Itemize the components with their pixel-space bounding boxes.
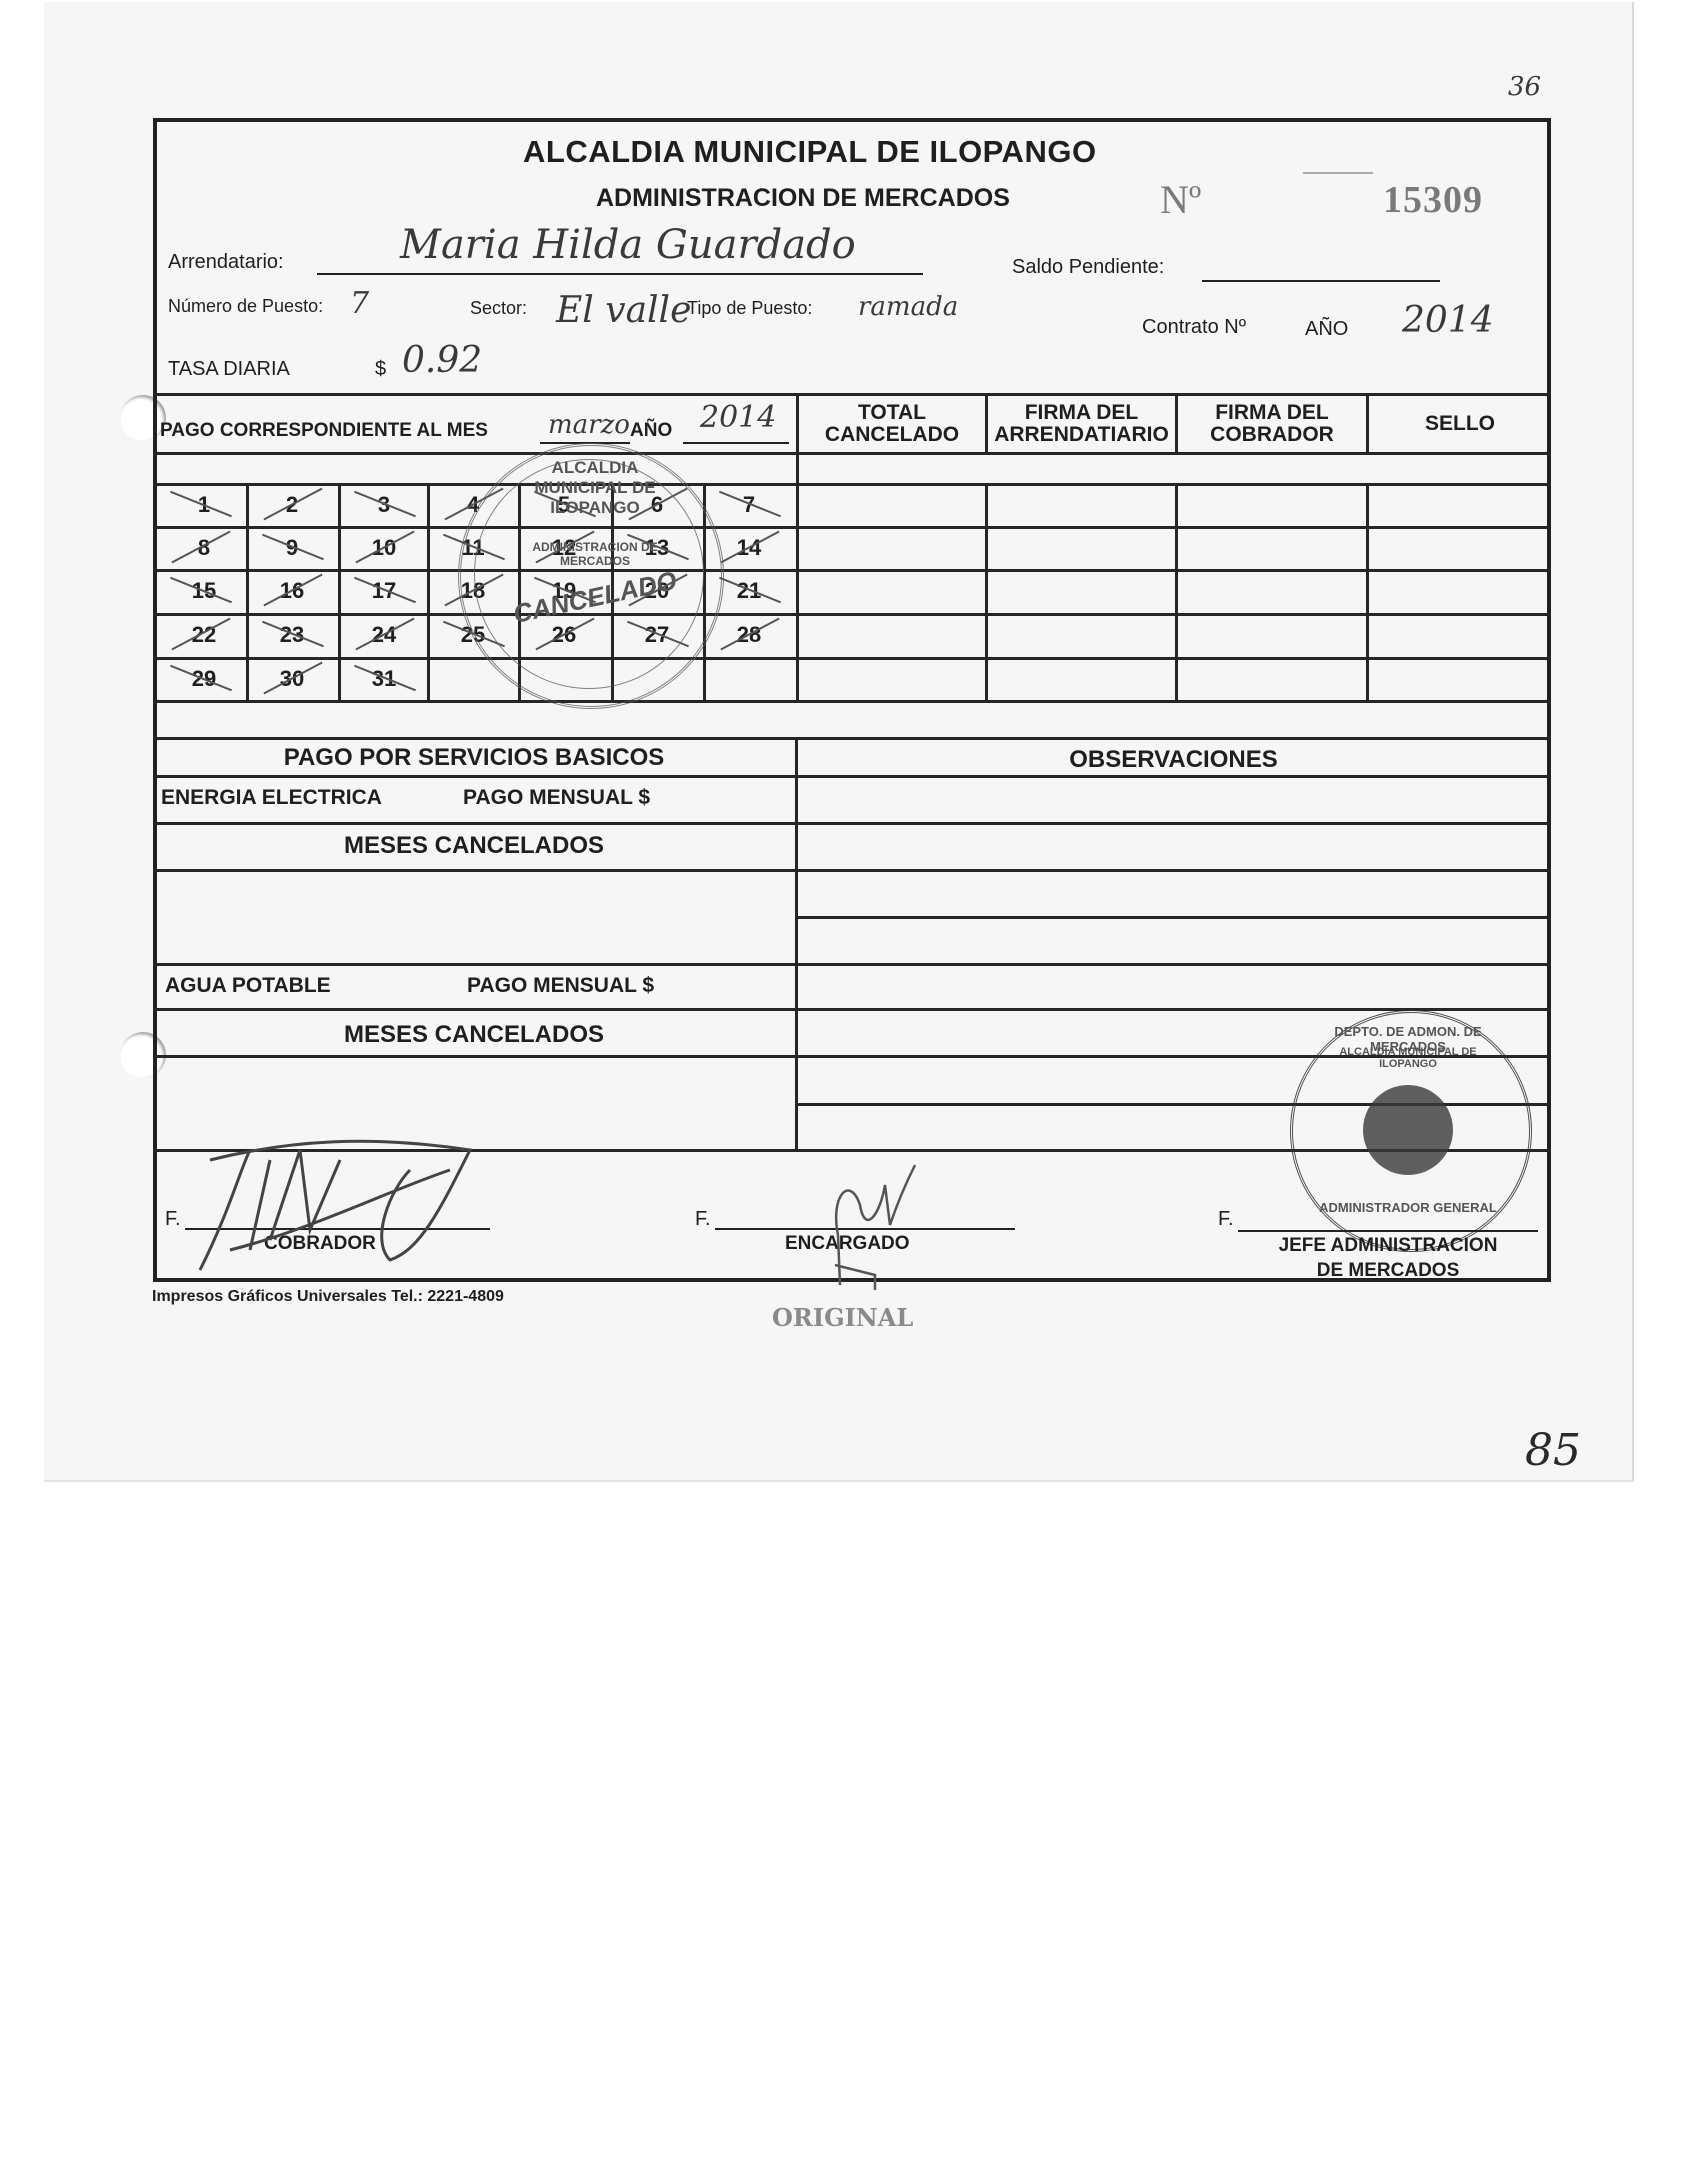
divider: [153, 613, 1551, 616]
col-firma-cobrador: FIRMA DEL COBRADOR: [1178, 402, 1366, 446]
puesto-field[interactable]: 7: [350, 286, 369, 321]
day-cell[interactable]: 8: [158, 535, 250, 561]
contrato-label: Contrato Nº: [1142, 316, 1246, 339]
cobrador-signature: [190, 1130, 490, 1280]
tipo-puesto-label: Tipo de Puesto:: [687, 298, 812, 319]
admin-stamp-bottom-text: ADMINISTRADOR GENERAL: [1305, 1200, 1511, 1215]
number-dash: [1303, 172, 1373, 174]
energia-meses-field[interactable]: [160, 872, 790, 960]
payment-anio-underline: [683, 442, 789, 444]
divider: [153, 452, 1551, 455]
receipt-number-label: Nº: [1160, 176, 1201, 223]
grid-stamp-center-text: ADMINISTRACION DE MERCADOS: [520, 540, 670, 568]
payment-anio-field[interactable]: 2014: [700, 400, 776, 435]
sector-field[interactable]: El valle: [556, 290, 691, 331]
saldo-label: Saldo Pendiente:: [1012, 256, 1164, 279]
tasa-label: TASA DIARIA: [168, 358, 290, 381]
arrendatario-label: Arrendatario:: [168, 251, 284, 274]
payment-label: PAGO CORRESPONDIENTE AL MES: [160, 420, 488, 442]
agua-pago-label: PAGO MENSUAL $: [467, 974, 654, 998]
col-sello: SELLO: [1369, 413, 1551, 435]
col-firma-cobrador-label: FIRMA DEL COBRADOR: [1210, 401, 1334, 446]
energia-pago-label: PAGO MENSUAL $: [463, 786, 650, 810]
puesto-label: Número de Puesto:: [168, 296, 323, 317]
col-total-cancelado: TOTAL CANCELADO: [799, 402, 985, 446]
divider: [153, 700, 1551, 703]
receipt-number: 15309: [1383, 178, 1483, 222]
tasa-currency: $: [375, 358, 386, 381]
divider: [153, 569, 1551, 572]
services-title: PAGO POR SERVICIOS BASICOS: [153, 744, 795, 772]
sector-label: Sector:: [470, 298, 527, 319]
form-subtitle: ADMINISTRACION DE MERCADOS: [596, 184, 1010, 213]
printer-info: Impresos Gráficos Universales Tel.: 2221…: [152, 1288, 504, 1306]
sig-prefix: F.: [165, 1208, 181, 1231]
col-sello-label: SELLO: [1425, 412, 1495, 435]
col-divider: [1175, 483, 1178, 700]
payment-anio-label: AÑO: [630, 420, 672, 442]
day-cell[interactable]: 22: [158, 622, 250, 648]
divider: [153, 393, 1551, 396]
anio-label: AÑO: [1305, 318, 1348, 341]
coat-of-arms-icon: [1363, 1085, 1453, 1175]
col-firma-arrendatario: FIRMA DEL ARRENDATIARIO: [988, 402, 1175, 446]
sig-prefix: F.: [695, 1208, 711, 1231]
sig-prefix: F.: [1218, 1208, 1234, 1231]
observaciones-title: OBSERVACIONES: [796, 746, 1551, 774]
col-divider: [1366, 483, 1369, 700]
divider: [153, 483, 1551, 486]
divider: [153, 737, 1551, 740]
encargado-signature: [790, 1155, 930, 1295]
admin-stamp-inner-text: ALCALDIA MUNICIPAL DE ILOPANGO: [1310, 1046, 1506, 1070]
copy-label: ORIGINAL: [772, 1303, 913, 1332]
section-divider: [795, 737, 798, 1149]
col-total-cancelado-label: TOTAL CANCELADO: [825, 401, 959, 446]
page-mark-top: 36: [1508, 72, 1541, 102]
jefe-label-line1: JEFE ADMINISTRACION: [1238, 1235, 1538, 1257]
col-divider: [985, 483, 988, 700]
saldo-field[interactable]: [1202, 280, 1440, 282]
tasa-field[interactable]: 0.92: [402, 340, 482, 381]
arrendatario-underline: [317, 273, 923, 275]
page-mark-bottom: 85: [1525, 1425, 1581, 1476]
energia-meses-label: MESES CANCELADOS: [153, 832, 795, 860]
arrendatario-field[interactable]: Maria Hilda Guardado: [400, 222, 856, 268]
jefe-signature-line[interactable]: [1238, 1230, 1538, 1232]
divider: [153, 657, 1551, 660]
energia-label: ENERGIA ELECTRICA: [161, 786, 382, 810]
divider: [153, 526, 1551, 529]
mes-field[interactable]: marzo: [548, 410, 630, 440]
jefe-label-line2: DE MERCADOS: [1238, 1260, 1538, 1282]
anio-field[interactable]: 2014: [1402, 300, 1494, 341]
tipo-puesto-field[interactable]: ramada: [858, 292, 958, 322]
agua-label: AGUA POTABLE: [165, 974, 331, 998]
agua-meses-label: MESES CANCELADOS: [153, 1021, 795, 1049]
col-firma-arrendatario-label: FIRMA DEL ARRENDATIARIO: [994, 401, 1169, 446]
form-title: ALCALDIA MUNICIPAL DE ILOPANGO: [523, 134, 1097, 170]
grid-stamp-ring-text: ALCALDIA MUNICIPAL DE ILOPANGO: [520, 458, 670, 518]
